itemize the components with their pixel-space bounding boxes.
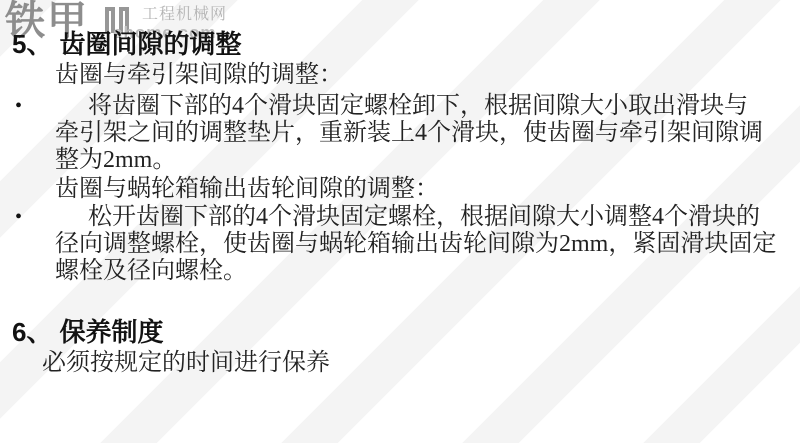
bullet-2-line-2: 径向调整螺栓，使齿圈与蜗轮箱输出齿轮间隙为2mm，紧固滑块固定 — [55, 230, 776, 258]
section-5-heading: 5、齿圈间隙的调整 — [12, 30, 241, 59]
bullet-icon: • — [15, 203, 22, 231]
bullet-1-line-1: 将齿圈下部的4个滑块固定螺栓卸下，根据间隙大小取出滑块与 — [88, 92, 748, 120]
bullet-icon: • — [15, 92, 22, 120]
maintenance-text: 必须按规定的时间进行保养 — [42, 349, 330, 377]
slide-page: 铁甲 工程机械网 ehome.com 5、齿圈间隙的调整 齿圈与牵引架间隙的调整… — [0, 0, 800, 443]
bullet-2-line-1: 松开齿圈下部的4个滑块固定螺栓，根据间隙大小调整4个滑块的 — [88, 203, 760, 231]
slide-content: 5、齿圈间隙的调整 齿圈与牵引架间隙的调整： • 将齿圈下部的4个滑块固定螺栓卸… — [0, 0, 800, 443]
subheading-traction-frame: 齿圈与牵引架间隙的调整： — [55, 61, 343, 89]
subheading-worm-gearbox: 齿圈与蜗轮箱输出齿轮间隙的调整： — [55, 175, 439, 203]
section-5-title: 齿圈间隙的调整 — [59, 29, 241, 59]
bullet-1-line-2: 牵引架之间的调整垫片，重新装上4个滑块，使齿圈与牵引架间隙调 — [55, 119, 763, 147]
section-6-number: 6、 — [12, 317, 52, 347]
section-6-title: 保养制度 — [59, 317, 163, 347]
section-6-heading: 6、保养制度 — [12, 318, 163, 347]
bullet-1-line-3: 整为2mm。 — [55, 146, 176, 174]
section-5-number: 5、 — [12, 29, 52, 59]
bullet-2-line-3: 螺栓及径向螺栓。 — [55, 257, 247, 285]
